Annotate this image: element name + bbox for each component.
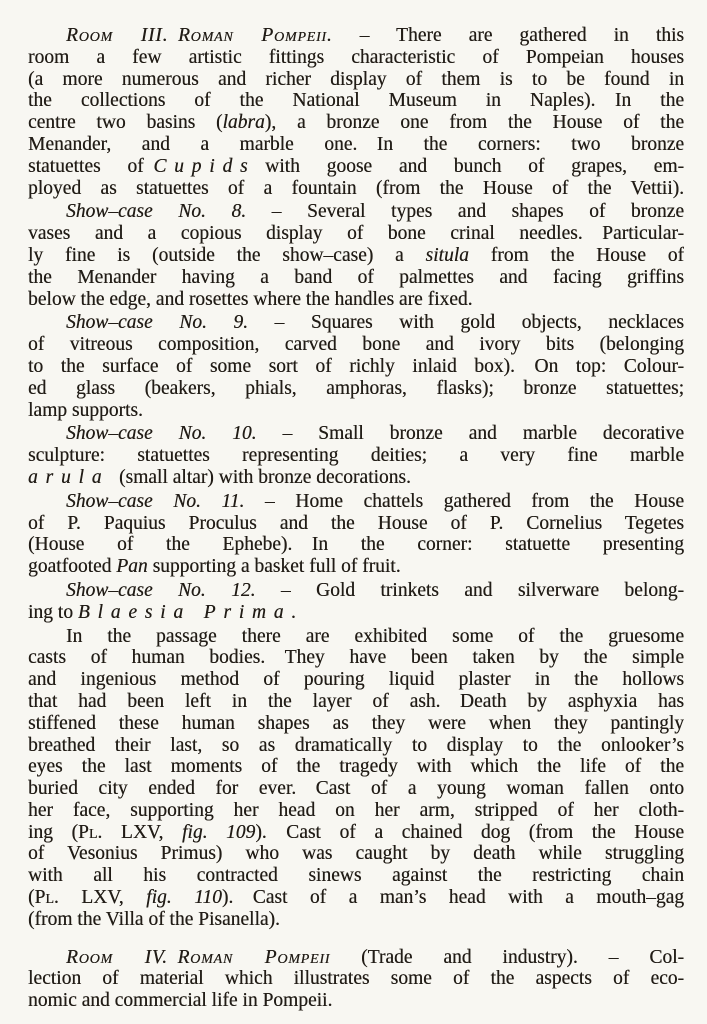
text-line: buried city ended for ever. Cast of a yo…: [28, 778, 684, 800]
text-run: (from the Villa of the Pisanella).: [28, 909, 280, 930]
text-line: her face, supporting her head on her arm…: [28, 800, 684, 822]
text-line: Menander, and a marble one. In the corne…: [28, 134, 684, 156]
text-line: and ingenious method of pouring liquid p…: [28, 669, 684, 691]
text-run: ployed as statuettes of a fountain (from…: [28, 178, 684, 199]
text-line: to the surface of some sort of richly in…: [28, 356, 684, 378]
text-line: room a few artistic fittings characteris…: [28, 47, 684, 69]
text-line: ing (Pl. LXV, fig. 109). Cast of a chain…: [28, 822, 684, 844]
text-run: In the passage there are exhibited some …: [66, 626, 684, 647]
text-run: Pan: [116, 556, 147, 577]
paragraph-show-case-12: Show–case No. 12. – Gold trinkets and si…: [28, 580, 684, 624]
text-line: In the passage there are exhibited some …: [28, 626, 684, 648]
text-run: ), a bronze one from the House of the: [265, 112, 684, 133]
text-run: Cupids: [153, 156, 255, 177]
text-run: sculpture: statuettes representing deiti…: [28, 445, 684, 466]
text-run: – There are gathered in this: [333, 25, 684, 46]
paragraph-room-iv: Room IV. Roman Pompeii (Trade and indust…: [28, 947, 684, 1012]
text-run: – Gold trinkets and silverware belong-: [255, 580, 684, 601]
text-run: – Several types and shapes of bronze: [246, 201, 684, 222]
text-line: centre two basins (labra), a bronze one …: [28, 112, 684, 134]
text-run: LXV,: [102, 822, 182, 843]
text-run: centre two basins (: [28, 112, 223, 133]
text-run: arula: [28, 467, 109, 488]
paragraph-show-case-10: Show–case No. 10. – Small bronze and mar…: [28, 423, 684, 488]
text-run: Show–case No. 8.: [66, 201, 246, 222]
text-line: casts of human bodies. They have been ta…: [28, 647, 684, 669]
text-run: with all his contracted sinews against t…: [28, 865, 684, 886]
text-run: statuettes of: [28, 156, 153, 177]
text-run: Menander, and a marble one. In the corne…: [28, 134, 684, 155]
text-run: Roman Pompeii: [177, 947, 330, 968]
text-line: Show–case No. 12. – Gold trinkets and si…: [28, 580, 684, 602]
text-run: below the edge, and rosettes where the h…: [28, 289, 473, 310]
text-run: – Squares with gold objects, necklaces: [248, 312, 684, 333]
text-run: casts of human bodies. They have been ta…: [28, 647, 684, 668]
text-line: eyes the last moments of the tragedy wit…: [28, 756, 684, 778]
text-run: Pl.: [35, 887, 59, 908]
text-run: Show–case No. 10.: [66, 423, 257, 444]
text-line: with all his contracted sinews against t…: [28, 865, 684, 887]
text-run: supporting a basket full of fruit.: [148, 556, 401, 577]
text-run: (a more numerous and richer display of t…: [28, 69, 684, 90]
text-line: of vitreous composition, carved bone and…: [28, 334, 684, 356]
text-line: stiffened these human shapes as they wer…: [28, 713, 684, 735]
text-run: breathed their last, so as dramatically …: [28, 735, 684, 756]
text-run: ing (: [28, 822, 78, 843]
text-run: Show–case No. 9.: [66, 312, 248, 333]
text-line: of Vesonius Primus) who was caught by de…: [28, 843, 684, 865]
text-run: ed glass (beakers, phials, amphoras, fla…: [28, 378, 684, 399]
text-run: Room III.: [66, 25, 168, 46]
text-line: the Menander having a band of palmettes …: [28, 267, 684, 289]
text-line: Show–case No. 8. – Several types and sha…: [28, 201, 684, 223]
text-run: and ingenious method of pouring liquid p…: [28, 669, 684, 690]
text-run: lamp supports.: [28, 400, 143, 421]
text-line: Show–case No. 11. – Home chattels gather…: [28, 491, 684, 513]
book-page: Room III. Roman Pompeii. – There are gat…: [0, 0, 707, 1024]
text-run: buried city ended for ever. Cast of a yo…: [28, 778, 684, 799]
text-run: her face, supporting her head on her arm…: [28, 800, 684, 821]
text-line: that had been left in the layer of ash. …: [28, 691, 684, 713]
text-line: nomic and commercial life in Pompeii.: [28, 990, 684, 1012]
text-line: ing to Blaesia Prima.: [28, 602, 684, 624]
text-run: situla: [426, 245, 469, 266]
text-run: fig. 110: [146, 887, 222, 908]
text-run: ing to: [28, 602, 78, 623]
text-run: LXV,: [59, 887, 146, 908]
text-run: Pl.: [78, 822, 102, 843]
text-run: (small altar) with bronze decorations.: [109, 467, 411, 488]
text-run: ). Cast of a man’s head with a mouth–gag: [222, 887, 684, 908]
text-line: Show–case No. 9. – Squares with gold obj…: [28, 312, 684, 334]
text-run: of Vesonius Primus) who was caught by de…: [28, 843, 684, 864]
paragraph-show-case-11: Show–case No. 11. – Home chattels gather…: [28, 491, 684, 578]
text-run: fig. 109: [182, 822, 255, 843]
text-run: Show–case No. 11.: [66, 491, 244, 512]
text-line: ployed as statuettes of a fountain (from…: [28, 178, 684, 200]
text-line: (Pl. LXV, fig. 110). Cast of a man’s hea…: [28, 887, 684, 909]
text-run: eyes the last moments of the tragedy wit…: [28, 756, 684, 777]
text-run: goatfooted: [28, 556, 116, 577]
text-run: nomic and commercial life in Pompeii.: [28, 990, 332, 1011]
text-line: Show–case No. 10. – Small bronze and mar…: [28, 423, 684, 445]
text-run: the collections of the National Museum i…: [28, 90, 684, 111]
text-run: (Trade and industry). – Col-: [330, 947, 684, 968]
text-line: vases and a copious display of bone crin…: [28, 223, 684, 245]
text-line: of P. Paquius Proculus and the House of …: [28, 513, 684, 535]
text-line: below the edge, and rosettes where the h…: [28, 289, 684, 311]
text-line: ed glass (beakers, phials, amphoras, fla…: [28, 378, 684, 400]
text-run: Roman Pompeii.: [178, 25, 333, 46]
page-text: Room III. Roman Pompeii. – There are gat…: [28, 25, 684, 1012]
paragraph-passage-casts: In the passage there are exhibited some …: [28, 626, 684, 931]
text-run: of P. Paquius Proculus and the House of …: [28, 513, 684, 534]
text-run: ly fine is (outside the show–case) a: [28, 245, 426, 266]
text-run: Blaesia Prima.: [78, 602, 304, 623]
text-line: (a more numerous and richer display of t…: [28, 69, 684, 91]
text-run: – Small bronze and marble decorative: [257, 423, 684, 444]
text-run: with goose and bunch of grapes, em-: [255, 156, 684, 177]
text-line: the collections of the National Museum i…: [28, 90, 684, 112]
paragraph-room-iii: Room III. Roman Pompeii. – There are gat…: [28, 25, 684, 199]
text-run: from the House of: [469, 245, 684, 266]
text-run: that had been left in the layer of ash. …: [28, 691, 684, 712]
text-run: vases and a copious display of bone crin…: [28, 223, 684, 244]
text-line: lamp supports.: [28, 400, 684, 422]
text-run: Room IV.: [66, 947, 168, 968]
text-run: the Menander having a band of palmettes …: [28, 267, 684, 288]
text-line: (from the Villa of the Pisanella).: [28, 909, 684, 931]
text-line: Room III. Roman Pompeii. – There are gat…: [28, 25, 684, 47]
text-run: of vitreous composition, carved bone and…: [28, 334, 684, 355]
paragraph-show-case-8: Show–case No. 8. – Several types and sha…: [28, 201, 684, 310]
text-line: sculpture: statuettes representing deiti…: [28, 445, 684, 467]
text-line: breathed their last, so as dramatically …: [28, 735, 684, 757]
paragraph-show-case-9: Show–case No. 9. – Squares with gold obj…: [28, 312, 684, 421]
text-line: lection of material which illustrates so…: [28, 968, 684, 990]
text-run: to the surface of some sort of richly in…: [28, 356, 684, 377]
text-line: (House of the Ephebe). In the corner: st…: [28, 534, 684, 556]
text-run: room a few artistic fittings characteris…: [28, 47, 684, 68]
text-run: ). Cast of a chained dog (from the House: [255, 822, 684, 843]
text-line: ly fine is (outside the show–case) a sit…: [28, 245, 684, 267]
text-line: statuettes of Cupids with goose and bunc…: [28, 156, 684, 178]
text-line: Room IV. Roman Pompeii (Trade and indust…: [28, 947, 684, 969]
text-run: stiffened these human shapes as they wer…: [28, 713, 684, 734]
text-run: (House of the Ephebe). In the corner: st…: [28, 534, 684, 555]
text-line: goatfooted Pan supporting a basket full …: [28, 556, 684, 578]
text-run: [168, 25, 178, 46]
text-run: – Home chattels gathered from the House: [244, 491, 684, 512]
text-run: lection of material which illustrates so…: [28, 968, 684, 989]
text-run: labra: [223, 112, 265, 133]
text-line: arula (small altar) with bronze decorati…: [28, 467, 684, 489]
text-run: Show–case No. 12.: [66, 580, 255, 601]
